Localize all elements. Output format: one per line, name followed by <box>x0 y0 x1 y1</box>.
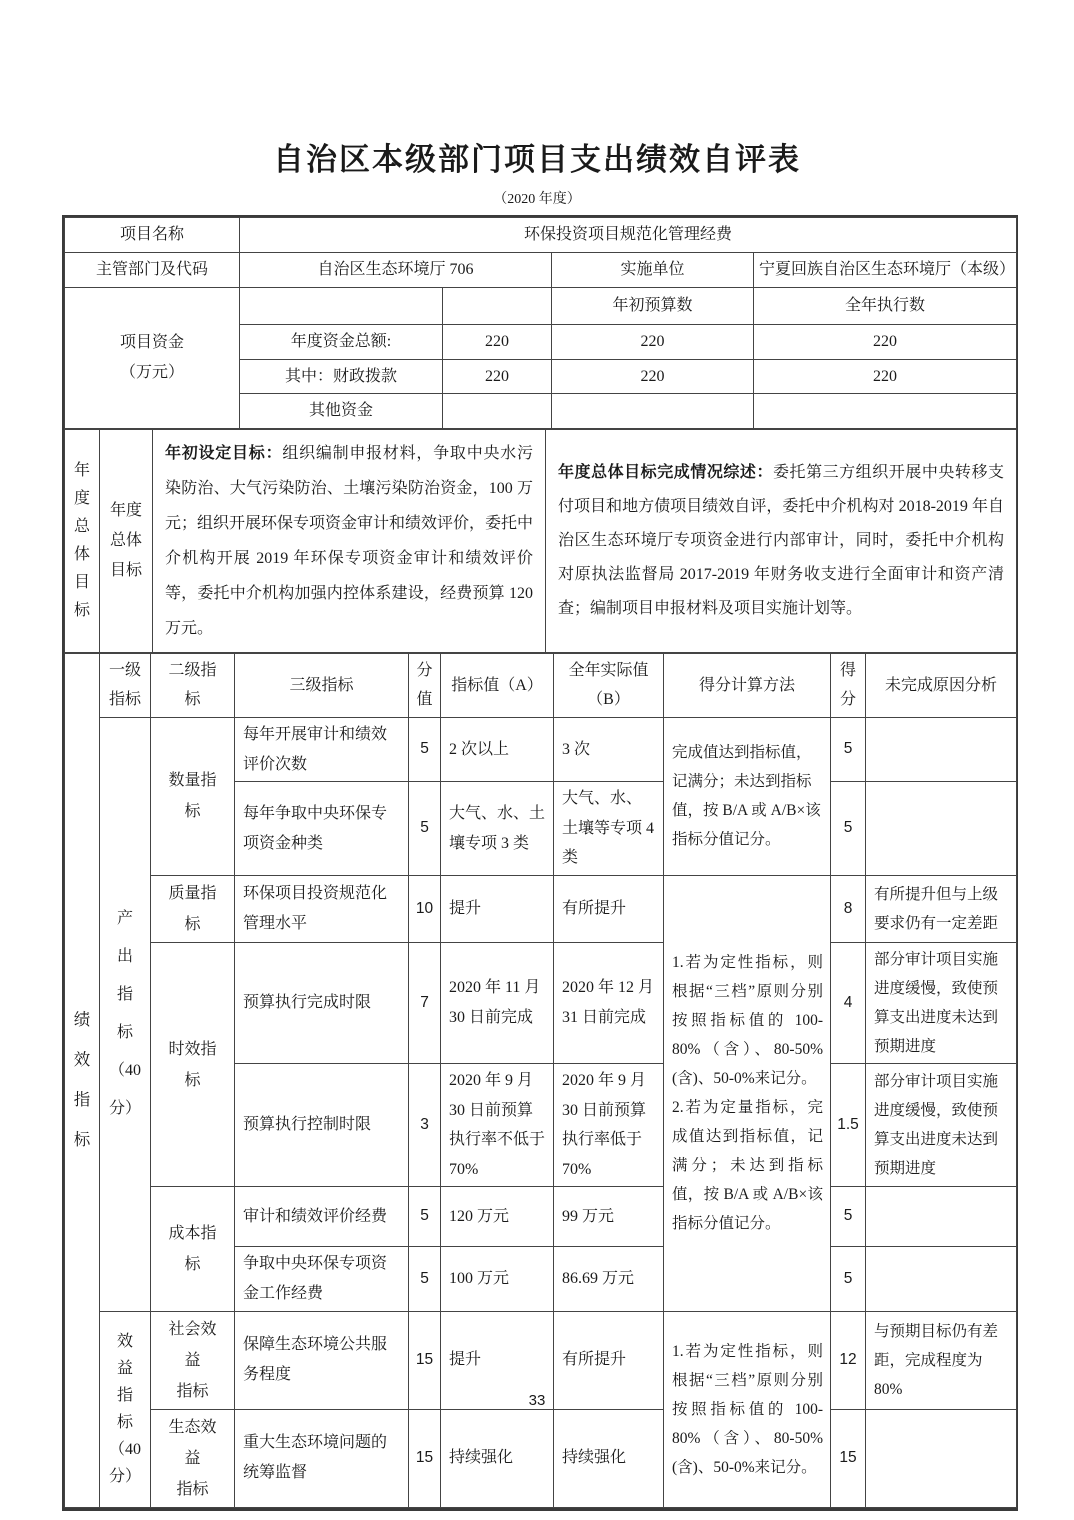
score-cell: 5 <box>831 717 866 781</box>
level2-timeliness: 时效指 标 <box>151 942 235 1186</box>
target-cell: 提升 <box>441 875 554 942</box>
actual-cell: 3 次 <box>554 717 664 781</box>
header-reason: 未完成原因分析 <box>866 653 1017 717</box>
project-name-value: 环保投资项目规范化管理经费 <box>240 218 1017 253</box>
actual-cell: 86.69 万元 <box>554 1247 664 1311</box>
target-cell: 大气、水、土壤专项 3 类 <box>441 782 554 876</box>
funds-fiscal-label: 其中：财政拨款 <box>240 359 443 394</box>
score-cell: 8 <box>831 875 866 942</box>
indicator-name: 每年开展审计和绩效评价次数 <box>235 717 409 781</box>
actual-cell: 持续强化 <box>554 1409 664 1507</box>
funds-blank-header-2 <box>443 288 552 325</box>
actual-cell: 2020 年 12 月 31 日前完成 <box>554 942 664 1063</box>
target-cell: 2020 年 11 月 30 日前完成 <box>441 942 554 1063</box>
header-score: 得 分 <box>831 653 866 717</box>
indicator-name: 争取中央环保专项资金工作经费 <box>235 1247 409 1311</box>
funds-total-label: 年度资金总额: <box>240 325 443 360</box>
reason-cell: 有所提升但与上级要求仍有一定差距 <box>866 875 1017 942</box>
target-cell: 2020 年 9 月 30 日前预算执行率不低于 70% <box>441 1063 554 1186</box>
header-method: 得分计算方法 <box>664 653 831 717</box>
target-cell: 100 万元 <box>441 1247 554 1311</box>
points-cell: 5 <box>409 1247 441 1311</box>
points-cell: 5 <box>409 717 441 781</box>
goal-summary-label: 年度总体目标完成情况综述： <box>558 464 773 481</box>
score-cell: 5 <box>831 782 866 876</box>
level1-benefit: 效 益 指 标 （40 分） <box>100 1311 151 1507</box>
score-cell: 15 <box>831 1409 866 1507</box>
reason-cell <box>866 1247 1017 1311</box>
points-cell: 5 <box>409 1187 441 1247</box>
points-cell: 15 <box>409 1409 441 1507</box>
reason-cell <box>866 782 1017 876</box>
indicator-name: 环保项目投资规范化管理水平 <box>235 875 409 942</box>
evaluation-table: 项目名称 环保投资项目规范化管理经费 主管部门及代码 自治区生态环境厅 706 … <box>62 215 1018 1511</box>
goal-summary-text: 委托第三方组织开展中央转移支付项目和地方债项目绩效自评，委托中介机构对 2018… <box>558 464 1004 617</box>
funds-other-label: 其他资金 <box>240 394 443 429</box>
funds-total-amount: 220 <box>443 325 552 360</box>
info-funds-table: 项目名称 环保投资项目规范化管理经费 主管部门及代码 自治区生态环境厅 706 … <box>64 217 1017 429</box>
indicator-name: 重大生态环境问题的统筹监督 <box>235 1409 409 1507</box>
actual-cell: 99 万元 <box>554 1187 664 1247</box>
score-cell: 5 <box>831 1187 866 1247</box>
level2-quality: 质量指 标 <box>151 875 235 942</box>
annual-goal-row-label: 年度 总体 目标 <box>100 429 153 652</box>
header-points: 分 值 <box>409 653 441 717</box>
points-cell: 3 <box>409 1063 441 1186</box>
performance-side-label: 绩 效 指 标 <box>65 653 100 1507</box>
points-cell: 7 <box>409 942 441 1063</box>
funds-section-label: 项目资金 （万元） <box>65 288 240 429</box>
score-cell: 1.5 <box>831 1063 866 1186</box>
header-level3: 三级指标 <box>235 653 409 717</box>
document-title: 自治区本级部门项目支出绩效自评表 <box>0 134 1074 179</box>
funds-other-budget <box>552 394 754 429</box>
dept-code-label: 主管部门及代码 <box>65 253 240 288</box>
funds-fiscal-amount: 220 <box>443 359 552 394</box>
annual-goal-side-label: 年 度 总 体 目 标 <box>65 429 100 652</box>
funds-header-exec: 全年执行数 <box>754 288 1017 325</box>
funds-other-exec <box>754 394 1017 429</box>
indicator-name: 预算执行控制时限 <box>235 1063 409 1186</box>
document-page: 自治区本级部门项目支出绩效自评表 （2020 年度） 项目名称 环保投资项目规范… <box>0 0 1074 1520</box>
indicator-name: 预算执行完成时限 <box>235 942 409 1063</box>
target-cell: 2 次以上 <box>441 717 554 781</box>
header-level2: 二级指 标 <box>151 653 235 717</box>
actual-cell: 2020 年 9 月 30 日前预算执行率低于 70% <box>554 1063 664 1186</box>
score-cell: 4 <box>831 942 866 1063</box>
reason-cell <box>866 1409 1017 1507</box>
indicator-name: 每年争取中央环保专项资金种类 <box>235 782 409 876</box>
header-target: 指标值（A） <box>441 653 554 717</box>
level1-output: 产 出 指 标 （40 分） <box>100 717 151 1311</box>
project-name-label: 项目名称 <box>65 218 240 253</box>
funds-total-budget: 220 <box>552 325 754 360</box>
indicators-table: 绩 效 指 标 一级 指标 二级指 标 三级指标 分 值 指标值（A） 全年实际… <box>64 653 1017 1508</box>
impl-unit-value: 宁夏回族自治区生态环境厅（本级） <box>754 253 1017 288</box>
target-cell: 120 万元 <box>441 1187 554 1247</box>
method-quantity: 完成值达到指标值，记满分；未达到指标值，按 B/A 或 A/B×该指标分值记分。 <box>664 717 831 875</box>
method-main: 1.若为定性指标，则根据“三档”原则分别按照指标值的 100-80%（含）、80… <box>664 875 831 1311</box>
score-cell: 5 <box>831 1247 866 1311</box>
funds-blank-header-1 <box>240 288 443 325</box>
actual-cell: 有所提升 <box>554 875 664 942</box>
funds-fiscal-exec: 220 <box>754 359 1017 394</box>
funds-other-amount <box>443 394 552 429</box>
level2-quantity: 数量指 标 <box>151 717 235 875</box>
target-cell: 持续强化 <box>441 1409 554 1507</box>
indicator-name: 审计和绩效评价经费 <box>235 1187 409 1247</box>
reason-cell: 部分审计项目实施进度缓慢，致使预算支出进度未达到预期进度 <box>866 942 1017 1063</box>
document-subtitle: （2020 年度） <box>0 188 1074 208</box>
goal-summary-cell: 年度总体目标完成情况综述：委托第三方组织开展中央转移支付项目和地方债项目绩效自评… <box>546 429 1017 652</box>
dept-code-value: 自治区生态环境厅 706 <box>240 253 552 288</box>
reason-cell: 部分审计项目实施进度缓慢，致使预算支出进度未达到预期进度 <box>866 1063 1017 1186</box>
initial-goal-cell: 年初设定目标：组织编制申报材料，争取中央水污染防治、大气污染防治、土壤污染防治资… <box>153 429 546 652</box>
reason-cell <box>866 1187 1017 1247</box>
funds-total-exec: 220 <box>754 325 1017 360</box>
method-benefit: 1.若为定性指标，则根据“三档”原则分别按照指标值的 100-80%（含）、80… <box>664 1311 831 1507</box>
level2-cost: 成本指 标 <box>151 1187 235 1311</box>
points-cell: 5 <box>409 782 441 876</box>
page-number: 33 <box>0 1392 1074 1409</box>
initial-goal-text: 组织编制申报材料，争取中央水污染防治、大气污染防治、土壤污染防治资金，100 万… <box>165 445 533 637</box>
funds-fiscal-budget: 220 <box>552 359 754 394</box>
actual-cell: 大气、水、土壤等专项 4 类 <box>554 782 664 876</box>
impl-unit-label: 实施单位 <box>552 253 754 288</box>
header-level1: 一级 指标 <box>100 653 151 717</box>
points-cell: 10 <box>409 875 441 942</box>
level2-eco: 生态效 益 指标 <box>151 1409 235 1507</box>
annual-goals-table: 年 度 总 体 目 标 年度 总体 目标 年初设定目标：组织编制申报材料，争取中… <box>64 429 1017 653</box>
funds-header-budget: 年初预算数 <box>552 288 754 325</box>
header-actual: 全年实际值 （B） <box>554 653 664 717</box>
initial-goal-label: 年初设定目标： <box>165 445 282 462</box>
reason-cell <box>866 717 1017 781</box>
